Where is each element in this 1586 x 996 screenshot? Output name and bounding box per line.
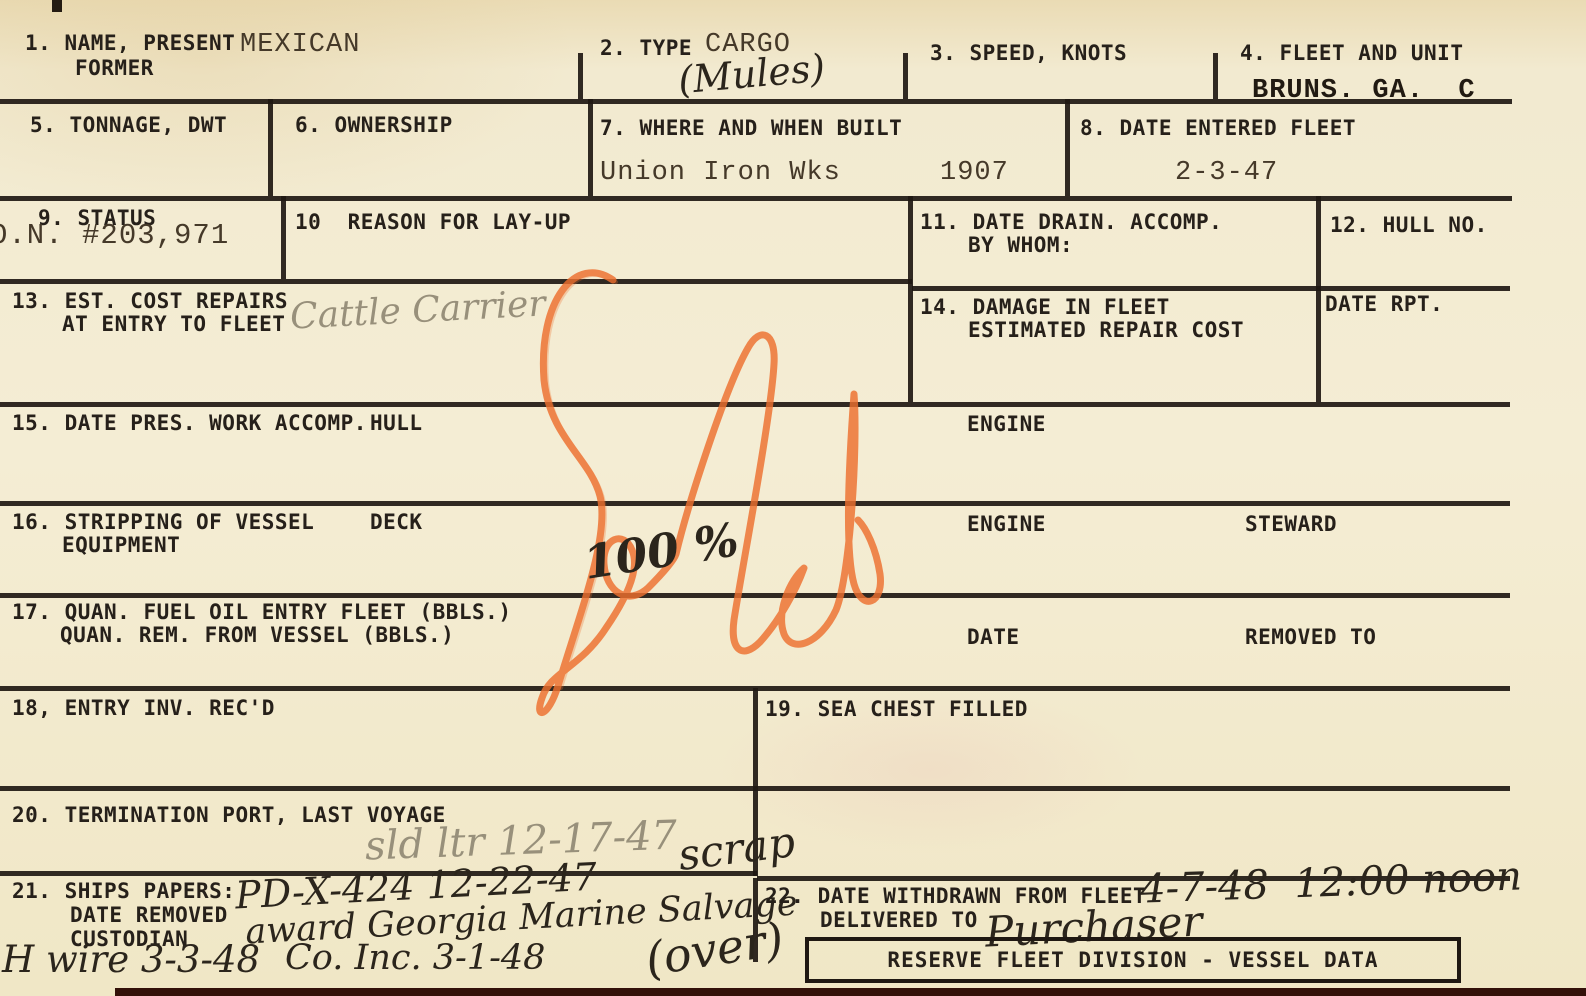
field1-label: 1. NAME, PRESENT (25, 32, 235, 55)
field15-col-engine: ENGINE (967, 413, 1046, 436)
field18-label: 18, ENTRY INV. REC'D (12, 697, 275, 720)
field21-co-handwriting: Co. Inc. 3-1-48 (285, 938, 545, 978)
grid-line (268, 99, 273, 196)
field22-label2: DELIVERED TO (820, 909, 978, 932)
field7-builder: Union Iron Wks (600, 158, 841, 188)
date-rpt-label: DATE RPT. (1325, 293, 1443, 316)
field13-handwritten-note: Cattle Carrier (289, 283, 546, 337)
field5-label: 5. TONNAGE, DWT (30, 114, 227, 137)
field12-label: 12. HULL NO. (1330, 214, 1488, 237)
field17-col-date: DATE (967, 626, 1020, 649)
field7-year: 1907 (940, 158, 1009, 188)
field21-label2: DATE REMOVED (70, 904, 228, 927)
field9-typed-value: O.N. #203,971 (0, 219, 229, 252)
field16-label2: EQUIPMENT (62, 534, 180, 557)
field11-label2: BY WHOM: (968, 234, 1073, 257)
field2-handwritten-note: (Mules) (676, 46, 826, 103)
field1-label2: FORMER (75, 57, 154, 80)
field11-label: 11. DATE DRAIN. ACCOMP. (920, 211, 1222, 234)
grid-line (903, 53, 908, 99)
field4-stamp: BRUNS. GA. C (1252, 76, 1476, 106)
field21-wire-handwriting: H wire 3-3-48 (2, 938, 260, 981)
field13-label2: AT ENTRY TO FLEET (62, 313, 285, 336)
grid-line (578, 53, 583, 99)
field7-label: 7. WHERE AND WHEN BUILT (600, 117, 902, 140)
field17-label2: QUAN. REM. FROM VESSEL (BBLS.) (60, 624, 454, 647)
field17-col-removed-to: REMOVED TO (1245, 626, 1376, 649)
field8-value: 2-3-47 (1175, 158, 1278, 188)
field1-value: MEXICAN (240, 30, 360, 60)
scan-edge (115, 988, 1586, 996)
scan-artifact (52, 0, 62, 12)
field17-label: 17. QUAN. FUEL OIL ENTRY FLEET (BBLS.) (12, 601, 511, 624)
sold-handwriting (528, 268, 908, 748)
reserve-fleet-title: RESERVE FLEET DIVISION - VESSEL DATA (887, 948, 1378, 972)
field16-col-steward: STEWARD (1245, 513, 1337, 536)
field15-col-hull: HULL (370, 412, 423, 435)
grid-line (1316, 196, 1321, 402)
grid-line (0, 196, 1512, 201)
grid-line (908, 196, 913, 402)
field2-label: 2. TYPE (600, 37, 692, 60)
field3-label: 3. SPEED, KNOTS (930, 42, 1127, 65)
vessel-data-card: 1. NAME, PRESENT MEXICAN FORMER 2. TYPE … (0, 0, 1586, 996)
field8-label: 8. DATE ENTERED FLEET (1080, 117, 1356, 140)
field14-label: 14. DAMAGE IN FLEET (920, 296, 1170, 319)
grid-line (1213, 53, 1218, 99)
field16-col-engine: ENGINE (967, 513, 1046, 536)
grid-line (281, 196, 286, 279)
field20-ink-note: scrap (675, 817, 797, 880)
field16-col-deck: DECK (370, 511, 423, 534)
field13-label: 13. EST. COST REPAIRS (12, 290, 288, 313)
reserve-fleet-title-box: RESERVE FLEET DIVISION - VESSEL DATA (805, 937, 1461, 983)
field6-label: 6. OWNERSHIP (295, 114, 453, 137)
field15-label: 15. DATE PRES. WORK ACCOMP. (12, 412, 367, 435)
grid-line (1065, 99, 1070, 196)
field21-label: 21. SHIPS PAPERS: (12, 880, 235, 903)
grid-line (588, 99, 593, 196)
field4-label: 4. FLEET AND UNIT (1240, 42, 1463, 65)
grid-line (912, 286, 1510, 291)
field14-label2: ESTIMATED REPAIR COST (968, 319, 1244, 342)
field10-label: 10 REASON FOR LAY-UP (295, 211, 571, 234)
field16-label: 16. STRIPPING OF VESSEL (12, 511, 314, 534)
